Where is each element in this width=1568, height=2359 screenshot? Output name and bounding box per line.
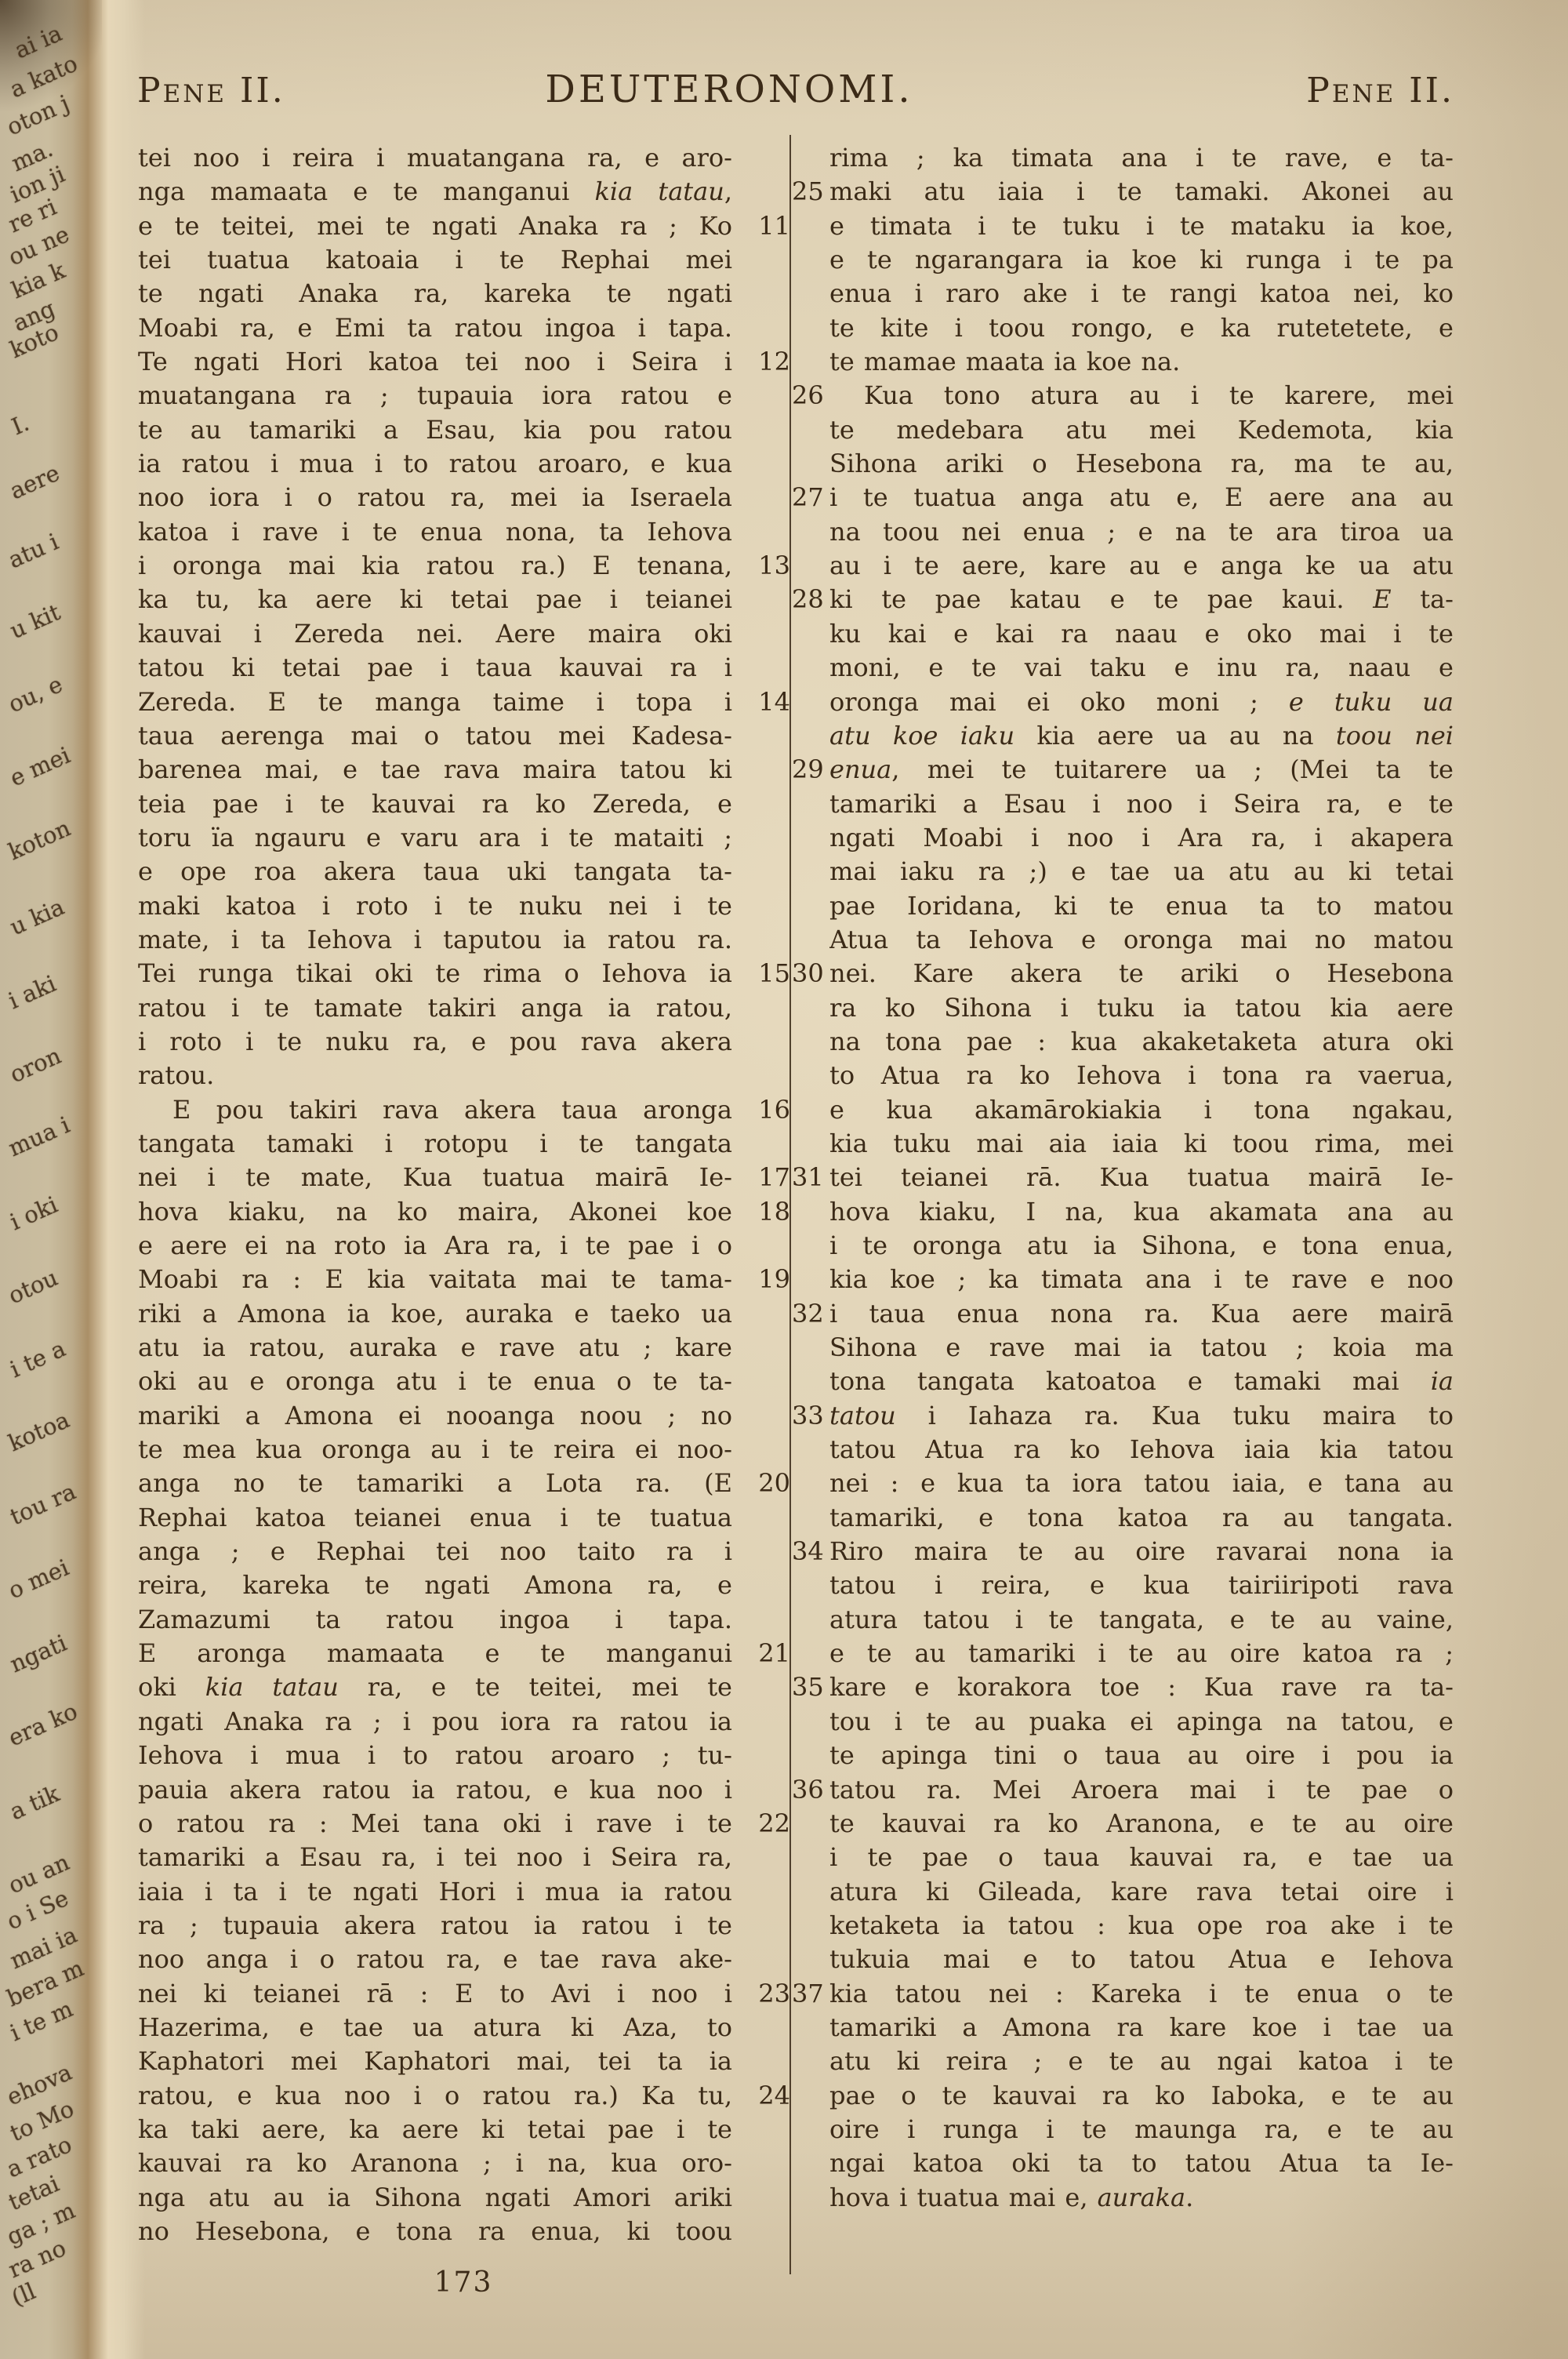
verse-text: atu koe iaku kia aere ua au na toou nei (829, 719, 1454, 753)
verse-text: muatangana ra ; tupauia iora ratou e (138, 379, 732, 413)
text-line: 14Zereda. E te manga taime i topa i (138, 685, 732, 719)
verse-text: ka taki aere, ka aere ki tetai pae i te (138, 2113, 732, 2146)
text-line: tei tuatua katoaia i te Rephai mei (138, 243, 732, 277)
text-line: atu koe iaku kia aere ua au na toou nei (829, 719, 1454, 753)
text-line: tei noo i reira i muatangana ra, e aro- (138, 141, 732, 175)
text-line: 30nei. Kare akera te ariki o Hesebona (829, 957, 1454, 990)
verse-text: mariki a Amona ei nooanga noou ; no (138, 1399, 732, 1433)
verse-text: tamariki, e tona katoa ra au tangata. (829, 1501, 1454, 1535)
verse-text: ketaketa ia tatou : kua ope roa ake i te (829, 1909, 1454, 1943)
text-line: muatangana ra ; tupauia iora ratou e (138, 379, 732, 413)
verse-text: tamariki a Esau ra, i tei noo i Seira ra… (138, 1841, 732, 1874)
text-line: oire i runga i te maunga ra, e te au (829, 2113, 1454, 2146)
verse-number: 24 (740, 2079, 790, 2113)
verse-text: ia ratou i mua i to ratou aroaro, e kua (138, 447, 732, 481)
text-line: tatou Atua ra ko Iehova iaia kia tatou (829, 1433, 1454, 1467)
verse-number: 21 (740, 1637, 790, 1670)
text-line: 17nei i te mate, Kua tuatua mairā Ie- (138, 1161, 732, 1194)
verse-text: e timata i te tuku i te mataku ia koe, (829, 209, 1454, 243)
verse-text: moni, e te vai taku e inu ra, naau e (829, 651, 1454, 685)
verse-text: Kaphatori mei Kaphatori mai, tei ta ia (138, 2045, 732, 2078)
verse-text: E pou takiri rava akera taua aronga (138, 1093, 732, 1127)
text-line: e te ngarangara ia koe ki runga i te pa (829, 243, 1454, 277)
verse-text: nga atu au ia Sihona ngati Amori ariki (138, 2181, 732, 2215)
text-line: 11e te teitei, mei te ngati Anaka ra ; K… (138, 209, 732, 243)
text-line: tamariki a Esau i noo i Seira ra, e te (829, 787, 1454, 821)
text-line: ketaketa ia tatou : kua ope roa ake i te (829, 1909, 1454, 1943)
verse-text: te au tamariki a Esau, kia pou ratou (138, 413, 732, 447)
text-line: e aere ei na roto ia Ara ra, i te pae i … (138, 1229, 732, 1263)
text-line: te apinga tini o taua au oire i pou ia (829, 1739, 1454, 1772)
verse-text: ratou, e kua noo i o ratou ra.) Ka tu, (138, 2079, 732, 2113)
text-line: 37kia tatou nei : Kareka i te enua o te (829, 1977, 1454, 2011)
verse-text: e te au tamariki i te au oire katoa ra ; (829, 1637, 1454, 1670)
verse-number: 36 (792, 1773, 826, 1807)
verse-number: 26 (792, 379, 826, 413)
text-line: Moabi ra, e Emi ta ratou ingoa i tapa. (138, 311, 732, 345)
verse-text: atu ia ratou, auraka e rave atu ; kare (138, 1331, 732, 1365)
text-line: Kaphatori mei Kaphatori mai, tei ta ia (138, 2045, 732, 2078)
text-line: 21E aronga mamaata e te manganui (138, 1637, 732, 1670)
verse-text: kare e korakora toe : Kua rave ra ta- (829, 1670, 1454, 1704)
text-line: tangata tamaki i rotopu i te tangata (138, 1127, 732, 1161)
verse-text: Hazerima, e tae ua atura ki Aza, to (138, 2011, 732, 2045)
verse-number: 22 (740, 1807, 790, 1841)
text-line: mariki a Amona ei nooanga noou ; no (138, 1399, 732, 1433)
text-line: Iehova i mua i to ratou aroaro ; tu- (138, 1739, 732, 1772)
verse-text: te kite i toou rongo, e ka rutetetete, e (829, 311, 1454, 345)
verse-text: te mamae maata ia koe na. (829, 345, 1454, 379)
text-line: kia koe ; ka timata ana i te rave e noo (829, 1263, 1454, 1296)
verse-text: oire i runga i te maunga ra, e te au (829, 2113, 1454, 2146)
text-line: Atua ta Iehova e oronga mai no matou (829, 923, 1454, 957)
verse-text: nei i te mate, Kua tuatua mairā Ie- (138, 1161, 732, 1194)
verse-text: Tei runga tikai oki te rima o Iehova ia (138, 957, 732, 990)
text-line: kauvai i Zereda nei. Aere maira oki (138, 617, 732, 651)
verse-text: Sihona ariki o Hesebona ra, ma te au, (829, 447, 1454, 481)
verse-text: E aronga mamaata e te manganui (138, 1637, 732, 1670)
verse-text: e aere ei na roto ia Ara ra, i te pae i … (138, 1229, 732, 1263)
verse-text: kia tuku mai aia iaia ki toou rima, mei (829, 1127, 1454, 1161)
text-line: katoa i rave i te enua nona, ta Iehova (138, 515, 732, 549)
verse-text: tangata tamaki i rotopu i te tangata (138, 1127, 732, 1161)
verse-text: reira, kareka te ngati Amona ra, e (138, 1568, 732, 1602)
verse-number: 18 (740, 1195, 790, 1229)
text-line: maki katoa i roto i te nuku nei i te (138, 889, 732, 923)
verse-number: 29 (792, 753, 826, 787)
text-line: 32i taua enua nona ra. Kua aere mairā (829, 1297, 1454, 1331)
text-line: 31tei teianei rā. Kua tuatua mairā Ie- (829, 1161, 1454, 1194)
verse-text: e kua akamārokiakia i tona ngakau, (829, 1093, 1454, 1127)
verse-text: Atua ta Iehova e oronga mai no matou (829, 923, 1454, 957)
text-line: pae o te kauvai ra ko Iaboka, e te au (829, 2079, 1454, 2113)
text-line: nga atu au ia Sihona ngati Amori ariki (138, 2181, 732, 2215)
verse-text: kia tatou nei : Kareka i te enua o te (829, 1977, 1454, 2011)
text-line: tamariki, e tona katoa ra au tangata. (829, 1501, 1454, 1535)
text-line: moni, e te vai taku e inu ra, naau e (829, 651, 1454, 685)
verse-text: i taua enua nona ra. Kua aere mairā (829, 1297, 1454, 1331)
text-line: 20anga no te tamariki a Lota ra. (E (138, 1467, 732, 1500)
verse-text: ngati Anaka ra ; i pou iora ra ratou ia (138, 1705, 732, 1739)
verse-text: nei : e kua ta iora tatou iaia, e tana a… (829, 1467, 1454, 1500)
verse-text: tatou Atua ra ko Iehova iaia kia tatou (829, 1433, 1454, 1467)
text-line: e timata i te tuku i te mataku ia koe, (829, 209, 1454, 243)
text-line: ra ko Sihona i tuku ia tatou kia aere (829, 991, 1454, 1025)
verse-text: nei. Kare akera te ariki o Hesebona (829, 957, 1454, 990)
text-line: te medebara atu mei Kedemota, kia (829, 413, 1454, 447)
verse-text: ra ; tupauia akera ratou ia ratou i te (138, 1909, 732, 1943)
verse-number: 34 (792, 1535, 826, 1568)
text-line: hova kiaku, I na, kua akamata ana au (829, 1195, 1454, 1229)
verse-text: hova i tuatua mai e, auraka. (829, 2181, 1454, 2215)
text-line: to Atua ra ko Iehova i tona ra vaerua, (829, 1059, 1454, 1092)
text-line: ka tu, ka aere ki tetai pae i teianei (138, 583, 732, 616)
text-line: 13i oronga mai kia ratou ra.) E tenana, (138, 549, 732, 583)
text-line: te au tamariki a Esau, kia pou ratou (138, 413, 732, 447)
text-line: atura ki Gileada, kare rava tetai oire i (829, 1875, 1454, 1909)
text-line: ratou. (138, 1059, 732, 1092)
verse-number: 27 (792, 481, 826, 514)
text-line: pauia akera ratou ia ratou, e kua noo i (138, 1773, 732, 1807)
verse-text: i te tuatua anga atu e, E aere ana au (829, 481, 1454, 514)
text-line: nga mamaata e te manganui kia tatau, (138, 175, 732, 209)
text-column-right: rima ; ka timata ana i te rave, e ta-25m… (829, 141, 1454, 2215)
text-line: oki au e oronga atu i te enua o te ta- (138, 1365, 732, 1398)
verse-text: anga ; e Rephai tei noo taito ra i (138, 1535, 732, 1568)
text-line: oki kia tatau ra, e te teitei, mei te (138, 1670, 732, 1704)
text-line: te mea kua oronga au i te reira ei noo- (138, 1433, 732, 1467)
verse-text: tatou i Iahaza ra. Kua tuku maira to (829, 1399, 1454, 1433)
verse-text: ra ko Sihona i tuku ia tatou kia aere (829, 991, 1454, 1025)
verse-text: tukuia mai e to tatou Atua e Iehova (829, 1943, 1454, 1976)
text-line: i roto i te nuku ra, e pou rava akera (138, 1025, 732, 1059)
verse-text: Kua tono atura au i te karere, mei (829, 379, 1454, 413)
text-line: teia pae i te kauvai ra ko Zereda, e (138, 787, 732, 821)
text-line: tamariki a Amona ra kare koe i tae ua (829, 2011, 1454, 2045)
verse-text: taua aerenga mai o tatou mei Kadesa- (138, 719, 732, 753)
text-line: 16E pou takiri rava akera taua aronga (138, 1093, 732, 1127)
verse-text: tamariki a Amona ra kare koe i tae ua (829, 2011, 1454, 2045)
text-line: tatou i reira, e kua tairiiripoti rava (829, 1568, 1454, 1602)
text-line: oronga mai ei oko moni ; e tuku ua (829, 685, 1454, 719)
verse-number: 33 (792, 1399, 826, 1433)
verse-number: 20 (740, 1467, 790, 1500)
verse-number: 15 (740, 957, 790, 990)
text-line: mate, i ta Iehova i taputou ia ratou ra. (138, 923, 732, 957)
text-line: tukuia mai e to tatou Atua e Iehova (829, 1943, 1454, 1976)
verse-text: tona tangata katoatoa e tamaki mai ia (829, 1365, 1454, 1398)
text-line: tona tangata katoatoa e tamaki mai ia (829, 1365, 1454, 1398)
text-line: na tona pae : kua akaketaketa atura oki (829, 1025, 1454, 1059)
verse-text: noo anga i o ratou ra, e tae rava ake- (138, 1943, 732, 1976)
text-line: noo anga i o ratou ra, e tae rava ake- (138, 1943, 732, 1976)
verse-text: ngati Moabi i noo i Ara ra, i akapera (829, 821, 1454, 855)
verse-number: 28 (792, 583, 826, 616)
text-line: Sihona e rave mai ia tatou ; koia ma (829, 1331, 1454, 1365)
text-line: Zamazumi ta ratou ingoa i tapa. (138, 1603, 732, 1637)
verse-text: toru ïa ngauru e varu ara i te mataiti ; (138, 821, 732, 855)
verse-text: katoa i rave i te enua nona, ta Iehova (138, 515, 732, 549)
verse-text: ka tu, ka aere ki tetai pae i teianei (138, 583, 732, 616)
text-line: barenea mai, e tae rava maira tatou ki (138, 753, 732, 787)
text-line: rima ; ka timata ana i te rave, e ta- (829, 141, 1454, 175)
header-book-title: DEUTERONOMI. (137, 67, 1321, 111)
text-line: Sihona ariki o Hesebona ra, ma te au, (829, 447, 1454, 481)
text-line: 15Tei runga tikai oki te rima o Iehova i… (138, 957, 732, 990)
text-line: te mamae maata ia koe na. (829, 345, 1454, 379)
text-line: te kite i toou rongo, e ka rutetetete, e (829, 311, 1454, 345)
text-line: e kua akamārokiakia i tona ngakau, (829, 1093, 1454, 1127)
verse-number: 17 (740, 1161, 790, 1194)
verse-text: tei tuatua katoaia i te Rephai mei (138, 243, 732, 277)
verse-text: te ngati Anaka ra, kareka te ngati (138, 277, 732, 311)
verse-text: Te ngati Hori katoa tei noo i Seira i (138, 345, 732, 379)
text-line: 19Moabi ra : E kia vaitata mai te tama- (138, 1263, 732, 1296)
verse-number: 31 (792, 1161, 826, 1194)
text-line: ia ratou i mua i to ratou aroaro, e kua (138, 447, 732, 481)
verse-text: pae o te kauvai ra ko Iaboka, e te au (829, 2079, 1454, 2113)
text-line: riki a Amona ia koe, auraka e taeko ua (138, 1297, 732, 1331)
verse-number: 14 (740, 685, 790, 719)
verse-number: 12 (740, 345, 790, 379)
verse-number: 37 (792, 1977, 826, 2011)
verse-text: kauvai ra ko Aranona ; i na, kua oro- (138, 2146, 732, 2180)
verse-text: te mea kua oronga au i te reira ei noo- (138, 1433, 732, 1467)
verse-text: e ope roa akera taua uki tangata ta- (138, 855, 732, 889)
verse-text: no Hesebona, e tona ra enua, ki toou (138, 2215, 732, 2248)
verse-text: i te pae o taua kauvai ra, e tae ua (829, 1841, 1454, 1874)
text-line: i te pae o taua kauvai ra, e tae ua (829, 1841, 1454, 1874)
verse-text: au i te aere, kare au e anga ke ua atu (829, 549, 1454, 583)
verse-number: 25 (792, 175, 826, 209)
running-header: Pene II. DEUTERONOMI. Pene II. (137, 67, 1454, 111)
text-line: e ope roa akera taua uki tangata ta- (138, 855, 732, 889)
text-line: tatou ki tetai pae i taua kauvai ra i (138, 651, 732, 685)
verse-text: iaia i ta i te ngati Hori i mua ia ratou (138, 1875, 732, 1909)
verse-text: Riro maira te au oire ravarai nona ia (829, 1535, 1454, 1568)
text-line: 22o ratou ra : Mei tana oki i rave i te (138, 1807, 732, 1841)
text-line: ngati Moabi i noo i Ara ra, i akapera (829, 821, 1454, 855)
verse-text: Zamazumi ta ratou ingoa i tapa. (138, 1603, 732, 1637)
text-line: te kauvai ra ko Aranona, e te au oire (829, 1807, 1454, 1841)
verse-text: teia pae i te kauvai ra ko Zereda, e (138, 787, 732, 821)
verse-text: na tona pae : kua akaketaketa atura oki (829, 1025, 1454, 1059)
verse-number: 13 (740, 549, 790, 583)
verse-text: tei teianei rā. Kua tuatua mairā Ie- (829, 1161, 1454, 1194)
verse-text: tamariki a Esau i noo i Seira ra, e te (829, 787, 1454, 821)
text-line: ka taki aere, ka aere ki tetai pae i te (138, 2113, 732, 2146)
text-line: atu ki reira ; e te au ngai katoa i te (829, 2045, 1454, 2078)
verse-text: tatou ra. Mei Aroera mai i te pae o (829, 1773, 1454, 1807)
text-line: 35kare e korakora toe : Kua rave ra ta- (829, 1670, 1454, 1704)
text-line: 28ki te pae katau e te pae kaui. E ta- (829, 583, 1454, 616)
verse-text: tou i te au puaka ei apinga na tatou, e (829, 1705, 1454, 1739)
text-line: toru ïa ngauru e varu ara i te mataiti ; (138, 821, 732, 855)
verse-text: hova kiaku, na ko maira, Akonei koe (138, 1195, 732, 1229)
verse-text: barenea mai, e tae rava maira tatou ki (138, 753, 732, 787)
text-line: i te oronga atu ia Sihona, e tona enua, (829, 1229, 1454, 1263)
text-line: kauvai ra ko Aranona ; i na, kua oro- (138, 2146, 732, 2180)
verse-text: Iehova i mua i to ratou aroaro ; tu- (138, 1739, 732, 1772)
verse-text: oki au e oronga atu i te enua o te ta- (138, 1365, 732, 1398)
verse-text: kia koe ; ka timata ana i te rave e noo (829, 1263, 1454, 1296)
verse-text: o ratou ra : Mei tana oki i rave i te (138, 1807, 732, 1841)
verse-text: te apinga tini o taua au oire i pou ia (829, 1739, 1454, 1772)
text-line: taua aerenga mai o tatou mei Kadesa- (138, 719, 732, 753)
verse-text: tatou ki tetai pae i taua kauvai ra i (138, 651, 732, 685)
text-line: Hazerima, e tae ua atura ki Aza, to (138, 2011, 732, 2045)
verse-text: rima ; ka timata ana i te rave, e ta- (829, 141, 1454, 175)
verse-text: ki te pae katau e te pae kaui. E ta- (829, 583, 1454, 616)
header-chapter-right: Pene II. (1306, 71, 1454, 111)
verse-text: tei noo i reira i muatangana ra, e aro- (138, 141, 732, 175)
text-line: atura tatou i te tangata, e te au vaine, (829, 1603, 1454, 1637)
verse-text: Rephai katoa teianei enua i te tuatua (138, 1501, 732, 1535)
text-line: tou i te au puaka ei apinga na tatou, e (829, 1705, 1454, 1739)
text-line: iaia i ta i te ngati Hori i mua ia ratou (138, 1875, 732, 1909)
text-line: Rephai katoa teianei enua i te tuatua (138, 1501, 732, 1535)
verse-text: pae Ioridana, ki te enua ta to matou (829, 889, 1454, 923)
text-line: ratou i te tamate takiri anga ia ratou, (138, 991, 732, 1025)
verse-text: Moabi ra, e Emi ta ratou ingoa i tapa. (138, 311, 732, 345)
verse-text: e te ngarangara ia koe ki runga i te pa (829, 243, 1454, 277)
text-line: e te au tamariki i te au oire katoa ra ; (829, 1637, 1454, 1670)
verse-text: maki katoa i roto i te nuku nei i te (138, 889, 732, 923)
text-line: pae Ioridana, ki te enua ta to matou (829, 889, 1454, 923)
verse-text: Sihona e rave mai ia tatou ; koia ma (829, 1331, 1454, 1365)
text-line: ngati Anaka ra ; i pou iora ra ratou ia (138, 1705, 732, 1739)
verse-text: tatou i reira, e kua tairiiripoti rava (829, 1568, 1454, 1602)
text-line: ku kai e kai ra naau e oko mai i te (829, 617, 1454, 651)
verse-number: 35 (792, 1670, 826, 1704)
text-line: 27i te tuatua anga atu e, E aere ana au (829, 481, 1454, 514)
verse-text: i te oronga atu ia Sihona, e tona enua, (829, 1229, 1454, 1263)
text-line: na toou nei enua ; e na te ara tiroa ua (829, 515, 1454, 549)
verse-number: 30 (792, 957, 826, 990)
verse-text: e te teitei, mei te ngati Anaka ra ; Ko (138, 209, 732, 243)
verse-text: enua i raro ake i te rangi katoa nei, ko (829, 277, 1454, 311)
text-line: 12Te ngati Hori katoa tei noo i Seira i (138, 345, 732, 379)
text-line: tamariki a Esau ra, i tei noo i Seira ra… (138, 1841, 732, 1874)
verse-text: ngai katoa oki ta to tatou Atua ta Ie- (829, 2146, 1454, 2180)
verse-text: nei ki teianei rā : E to Avi i noo i (138, 1977, 732, 2011)
text-line: noo iora i o ratou ra, mei ia Iseraela (138, 481, 732, 514)
verse-text: mai iaku ra ;) e tae ua atu au ki tetai (829, 855, 1454, 889)
text-line: kia tuku mai aia iaia ki toou rima, mei (829, 1127, 1454, 1161)
text-line: hova i tuatua mai e, auraka. (829, 2181, 1454, 2215)
text-line: au i te aere, kare au e anga ke ua atu (829, 549, 1454, 583)
verse-text: na toou nei enua ; e na te ara tiroa ua (829, 515, 1454, 549)
text-line: 36tatou ra. Mei Aroera mai i te pae o (829, 1773, 1454, 1807)
text-line: no Hesebona, e tona ra enua, ki toou (138, 2215, 732, 2248)
text-line: atu ia ratou, auraka e rave atu ; kare (138, 1331, 732, 1365)
verse-text: oronga mai ei oko moni ; e tuku ua (829, 685, 1454, 719)
verse-text: noo iora i o ratou ra, mei ia Iseraela (138, 481, 732, 514)
verse-text: mate, i ta Iehova i taputou ia ratou ra. (138, 923, 732, 957)
text-line: nei : e kua ta iora tatou iaia, e tana a… (829, 1467, 1454, 1500)
verse-number: 32 (792, 1297, 826, 1331)
page-number: 173 (138, 2266, 789, 2299)
text-line: 34Riro maira te au oire ravarai nona ia (829, 1535, 1454, 1568)
verse-text: atura ki Gileada, kare rava tetai oire i (829, 1875, 1454, 1909)
text-column-left: tei noo i reira i muatangana ra, e aro-n… (138, 141, 732, 2248)
verse-text: atu ki reira ; e te au ngai katoa i te (829, 2045, 1454, 2078)
verse-text: riki a Amona ia koe, auraka e taeko ua (138, 1297, 732, 1331)
verse-text: ku kai e kai ra naau e oko mai i te (829, 617, 1454, 651)
text-line: reira, kareka te ngati Amona ra, e (138, 1568, 732, 1602)
text-line: te ngati Anaka ra, kareka te ngati (138, 277, 732, 311)
verse-text: to Atua ra ko Iehova i tona ra vaerua, (829, 1059, 1454, 1092)
text-line: anga ; e Rephai tei noo taito ra i (138, 1535, 732, 1568)
verse-text: i roto i te nuku ra, e pou rava akera (138, 1025, 732, 1059)
verse-text: kauvai i Zereda nei. Aere maira oki (138, 617, 732, 651)
verse-number: 11 (740, 209, 790, 243)
verse-text: nga mamaata e te manganui kia tatau, (138, 175, 732, 209)
text-line: enua i raro ake i te rangi katoa nei, ko (829, 277, 1454, 311)
verse-text: atura tatou i te tangata, e te au vaine, (829, 1603, 1454, 1637)
verse-number: 23 (740, 1977, 790, 2011)
verse-text: ratou. (138, 1059, 732, 1092)
verse-number: 16 (740, 1093, 790, 1127)
verse-text: Moabi ra : E kia vaitata mai te tama- (138, 1263, 732, 1296)
book-page: ai iaa katooton jma.ion jire riou nekia … (0, 0, 1568, 2359)
verse-text: Zereda. E te manga taime i topa i (138, 685, 732, 719)
text-line: 33tatou i Iahaza ra. Kua tuku maira to (829, 1399, 1454, 1433)
text-line: 24ratou, e kua noo i o ratou ra.) Ka tu, (138, 2079, 732, 2113)
text-line: ra ; tupauia akera ratou ia ratou i te (138, 1909, 732, 1943)
text-line: 26Kua tono atura au i te karere, mei (829, 379, 1454, 413)
verse-text: maki atu iaia i te tamaki. Akonei au (829, 175, 1454, 209)
verse-text: i oronga mai kia ratou ra.) E tenana, (138, 549, 732, 583)
verse-text: ratou i te tamate takiri anga ia ratou, (138, 991, 732, 1025)
verse-text: pauia akera ratou ia ratou, e kua noo i (138, 1773, 732, 1807)
verse-text: te kauvai ra ko Aranona, e te au oire (829, 1807, 1454, 1841)
verse-text: anga no te tamariki a Lota ra. (E (138, 1467, 732, 1500)
verse-text: hova kiaku, I na, kua akamata ana au (829, 1195, 1454, 1229)
verse-text: enua, mei te tuitarere ua ; (Mei ta te (829, 753, 1454, 787)
text-line: 29enua, mei te tuitarere ua ; (Mei ta te (829, 753, 1454, 787)
text-line: ngai katoa oki ta to tatou Atua ta Ie- (829, 2146, 1454, 2180)
verse-number: 19 (740, 1263, 790, 1296)
verse-text: oki kia tatau ra, e te teitei, mei te (138, 1670, 732, 1704)
text-line: 18hova kiaku, na ko maira, Akonei koe (138, 1195, 732, 1229)
text-line: 25maki atu iaia i te tamaki. Akonei au (829, 175, 1454, 209)
text-line: mai iaku ra ;) e tae ua atu au ki tetai (829, 855, 1454, 889)
text-line: 23nei ki teianei rā : E to Avi i noo i (138, 1977, 732, 2011)
verse-text: te medebara atu mei Kedemota, kia (829, 413, 1454, 447)
